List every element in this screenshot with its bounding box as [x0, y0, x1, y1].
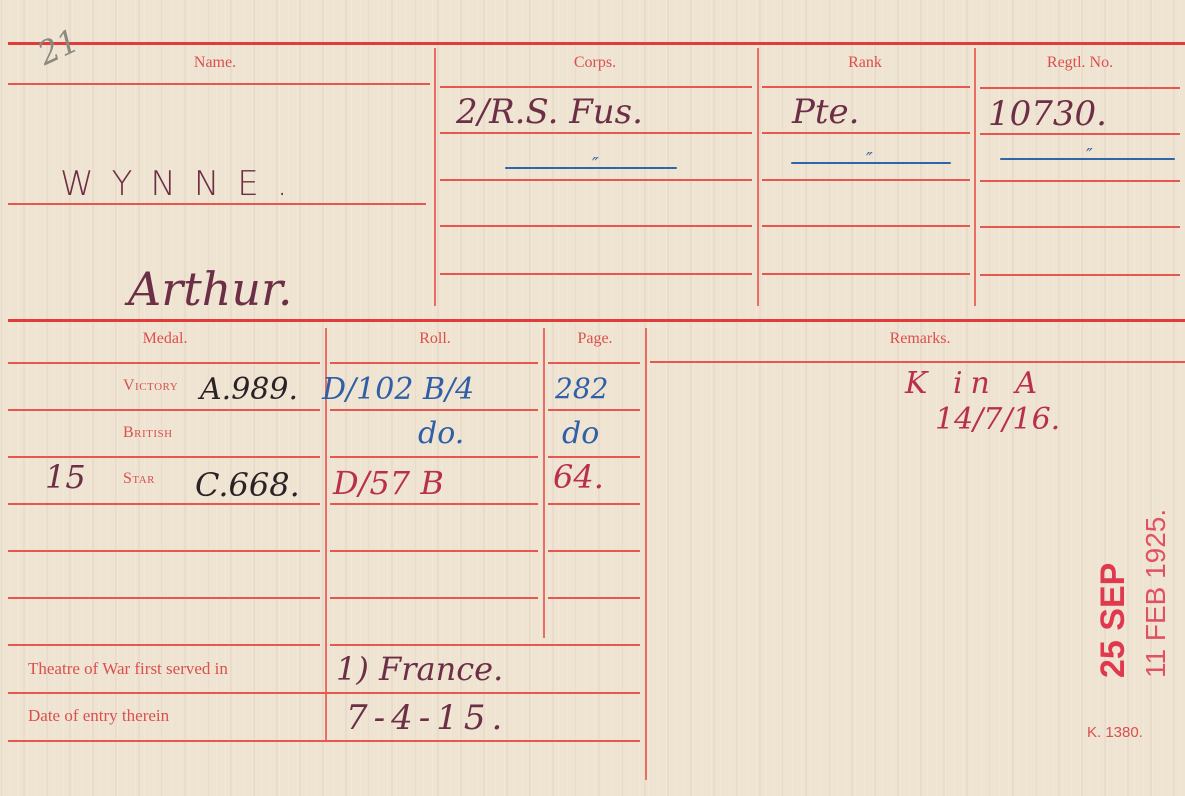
remarks-line-2: 14/7/16. [935, 402, 1060, 437]
regtl-row-rule-1 [980, 87, 1180, 89]
remarks-divider [645, 328, 647, 780]
remarks-header: Remarks. [860, 330, 980, 348]
medal-label-victory: Victory [123, 377, 178, 395]
regtl-no-header: Regtl. No. [1015, 54, 1145, 72]
page-row-rule-1 [548, 362, 640, 364]
page-divider [543, 328, 545, 638]
top-rule [8, 42, 1185, 45]
victory-roll: D/102 B/4 [322, 372, 474, 407]
mid-rule [8, 319, 1185, 322]
roll-row-rule-2 [330, 409, 538, 411]
corps-value: 2/R.S. Fus. [456, 92, 643, 132]
corps-ditto-glyph: ″ [592, 154, 599, 175]
medal-row-rule-5 [8, 550, 320, 552]
page-header: Page. [550, 330, 640, 348]
date-stamp-feb: 11 FEB 1925. [1140, 509, 1172, 678]
theatre-label: Theatre of War first served in [28, 659, 228, 679]
rank-row-rule-4 [762, 225, 970, 227]
page-row-rule-5 [548, 550, 640, 552]
roll-row-rule-3 [330, 456, 538, 458]
british-page: do [562, 416, 599, 451]
rank-header: Rank [810, 54, 920, 72]
rank-ditto-glyph: ″ [866, 149, 873, 170]
rank-row-rule-1 [762, 86, 970, 88]
roll-row-rule-7 [330, 644, 640, 646]
name-header: Name. [150, 54, 280, 72]
medal-label-british: British [123, 424, 173, 442]
forename-value: Arthur. [128, 262, 293, 316]
date-stamp-sep: 25 SEP [1094, 563, 1133, 678]
corps-ditto-mark [505, 167, 677, 169]
medal-row-rule-6 [8, 597, 320, 599]
entry-date-value: 7-4-15. [346, 698, 508, 738]
medal-header: Medal. [110, 330, 220, 348]
rank-row-rule-2 [762, 132, 970, 134]
surname-value: WYNNE. [60, 164, 306, 204]
regtl-row-rule-5 [980, 274, 1180, 276]
star-prefix: 15 [45, 458, 86, 496]
roll-row-rule-5 [330, 550, 538, 552]
corps-row-rule-5 [440, 273, 752, 275]
medal-label-star: Star [123, 470, 155, 488]
corps-header: Corps. [540, 54, 650, 72]
rank-row-rule-3 [762, 179, 970, 181]
roll-row-rule-4 [330, 503, 538, 505]
star-ref: C.668. [195, 466, 300, 504]
british-roll: do. [418, 416, 464, 451]
rank-row-rule-5 [762, 273, 970, 275]
regtl-row-rule-3 [980, 180, 1180, 182]
regtl-row-rule-4 [980, 226, 1180, 228]
medal-row-rule-7 [8, 644, 320, 646]
star-roll: D/57 B [333, 464, 444, 502]
medal-row-rule-1 [8, 362, 320, 364]
victory-page: 282 [555, 372, 608, 405]
form-number: K. 1380. [1087, 724, 1143, 741]
rank-value: Pte. [792, 92, 859, 132]
roll-header: Roll. [385, 330, 485, 348]
roll-row-rule-1 [330, 362, 538, 364]
pencil-mark: 21 [32, 21, 85, 73]
page-row-rule-6 [548, 597, 640, 599]
star-page: 64. [553, 458, 604, 496]
name-header-rule [8, 83, 430, 85]
entry-date-label: Date of entry therein [28, 706, 169, 726]
roll-row-rule-6 [330, 597, 538, 599]
regtl-divider [974, 48, 976, 306]
remarks-header-rule [650, 361, 1185, 363]
corps-row-rule-4 [440, 225, 752, 227]
remarks-line-1: K in A [905, 366, 1045, 401]
medal-row-rule-9 [8, 740, 640, 742]
corps-row-rule-2 [440, 132, 752, 134]
page-row-rule-4 [548, 503, 640, 505]
medal-row-rule-2 [8, 409, 320, 411]
theatre-value: 1) France. [336, 650, 503, 688]
page-row-rule-2 [548, 409, 640, 411]
rank-divider [757, 48, 759, 306]
corps-row-rule-1 [440, 86, 752, 88]
corps-divider [434, 48, 436, 306]
medal-row-rule-8 [8, 692, 640, 694]
victory-ref: A.989. [200, 372, 298, 407]
regtl-ditto-glyph: ″ [1086, 145, 1093, 166]
regtl-no-value: 10730. [988, 94, 1107, 134]
corps-row-rule-3 [440, 179, 752, 181]
